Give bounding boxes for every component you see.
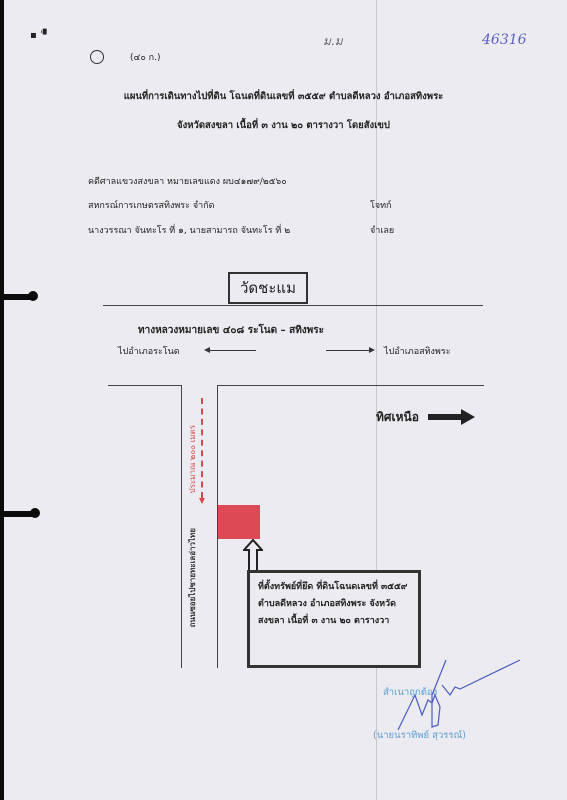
north-arrow-shaft <box>428 414 462 420</box>
highway-top-edge <box>103 305 483 306</box>
alley-left-edge <box>181 385 182 668</box>
form-code: (๔๐ ก.) <box>130 50 161 64</box>
circle-mark <box>90 50 104 64</box>
handwritten-number: 46316 <box>482 32 527 48</box>
parcel-location <box>218 505 260 539</box>
signature <box>380 655 530 735</box>
document-title-line-1: แผนที่การเดินทางไปที่ดิน โฉนดที่ดินเลขที… <box>0 89 567 104</box>
punch-hole <box>30 508 40 518</box>
plaintiff-role: โจทก์ <box>370 198 392 212</box>
direction-right-label: ไปอำเภอสทิงพระ <box>384 344 451 358</box>
parcel-info-box: ที่ตั้งทรัพย์ที่ยึด ที่ดินโฉนดเลขที่ ๓๕๕… <box>247 570 421 668</box>
north-arrow-icon <box>461 409 475 425</box>
handwritten-initials: ม.ม <box>323 32 343 51</box>
distance-label: ประมาณ ๒๐๐ เมตร <box>186 425 199 493</box>
defendant-names: นางวรรณา จันทะโร ที่ ๑, นายสามารถ จันทะโ… <box>88 223 290 237</box>
punch-hole-stem <box>4 511 32 517</box>
landmark-temple: วัดชะแม <box>228 272 308 304</box>
highway-label: ทางหลวงหมายเลข ๔๐๘ ระโนด – สทิงพระ <box>138 323 324 338</box>
highway-bottom-edge-right <box>217 385 484 386</box>
parcel-info-text: ที่ตั้งทรัพย์ที่ยึด ที่ดินโฉนดเลขที่ ๓๕๕… <box>258 582 407 626</box>
scan-specks: ▪ ˈ▘ <box>30 30 50 41</box>
distance-arrow-icon <box>199 498 205 504</box>
highway-bottom-edge-left <box>108 385 181 386</box>
distance-dashed-line <box>201 398 203 498</box>
north-label: ทิศเหนือ <box>376 408 419 427</box>
plaintiff-name: สหกรณ์การเกษตรสทิงพระ จำกัด <box>88 198 214 212</box>
signer-name: (นายนราทิพย์ สุวรรณ์) <box>373 728 466 743</box>
arrow-right-icon <box>369 347 375 353</box>
defendant-role: จำเลย <box>370 223 394 237</box>
arrow-right-shaft <box>326 350 370 351</box>
punch-hole <box>28 291 38 301</box>
direction-left-label: ไปอำเภอระโนด <box>118 344 180 358</box>
hollow-up-arrow-icon <box>243 539 263 573</box>
alley-label: ถนนซอยไปชายทะเลอ่าวไทย <box>186 528 199 627</box>
arrow-left-shaft <box>210 350 256 351</box>
document-title-line-2: จังหวัดสงขลา เนื้อที่ ๓ งาน ๒๐ ตารางวา โ… <box>0 118 567 133</box>
case-number: คดีศาลแขวงสงขลา หมายเลขแดง ผบ๔๑๗๙/๒๕๖๐ <box>88 174 287 188</box>
